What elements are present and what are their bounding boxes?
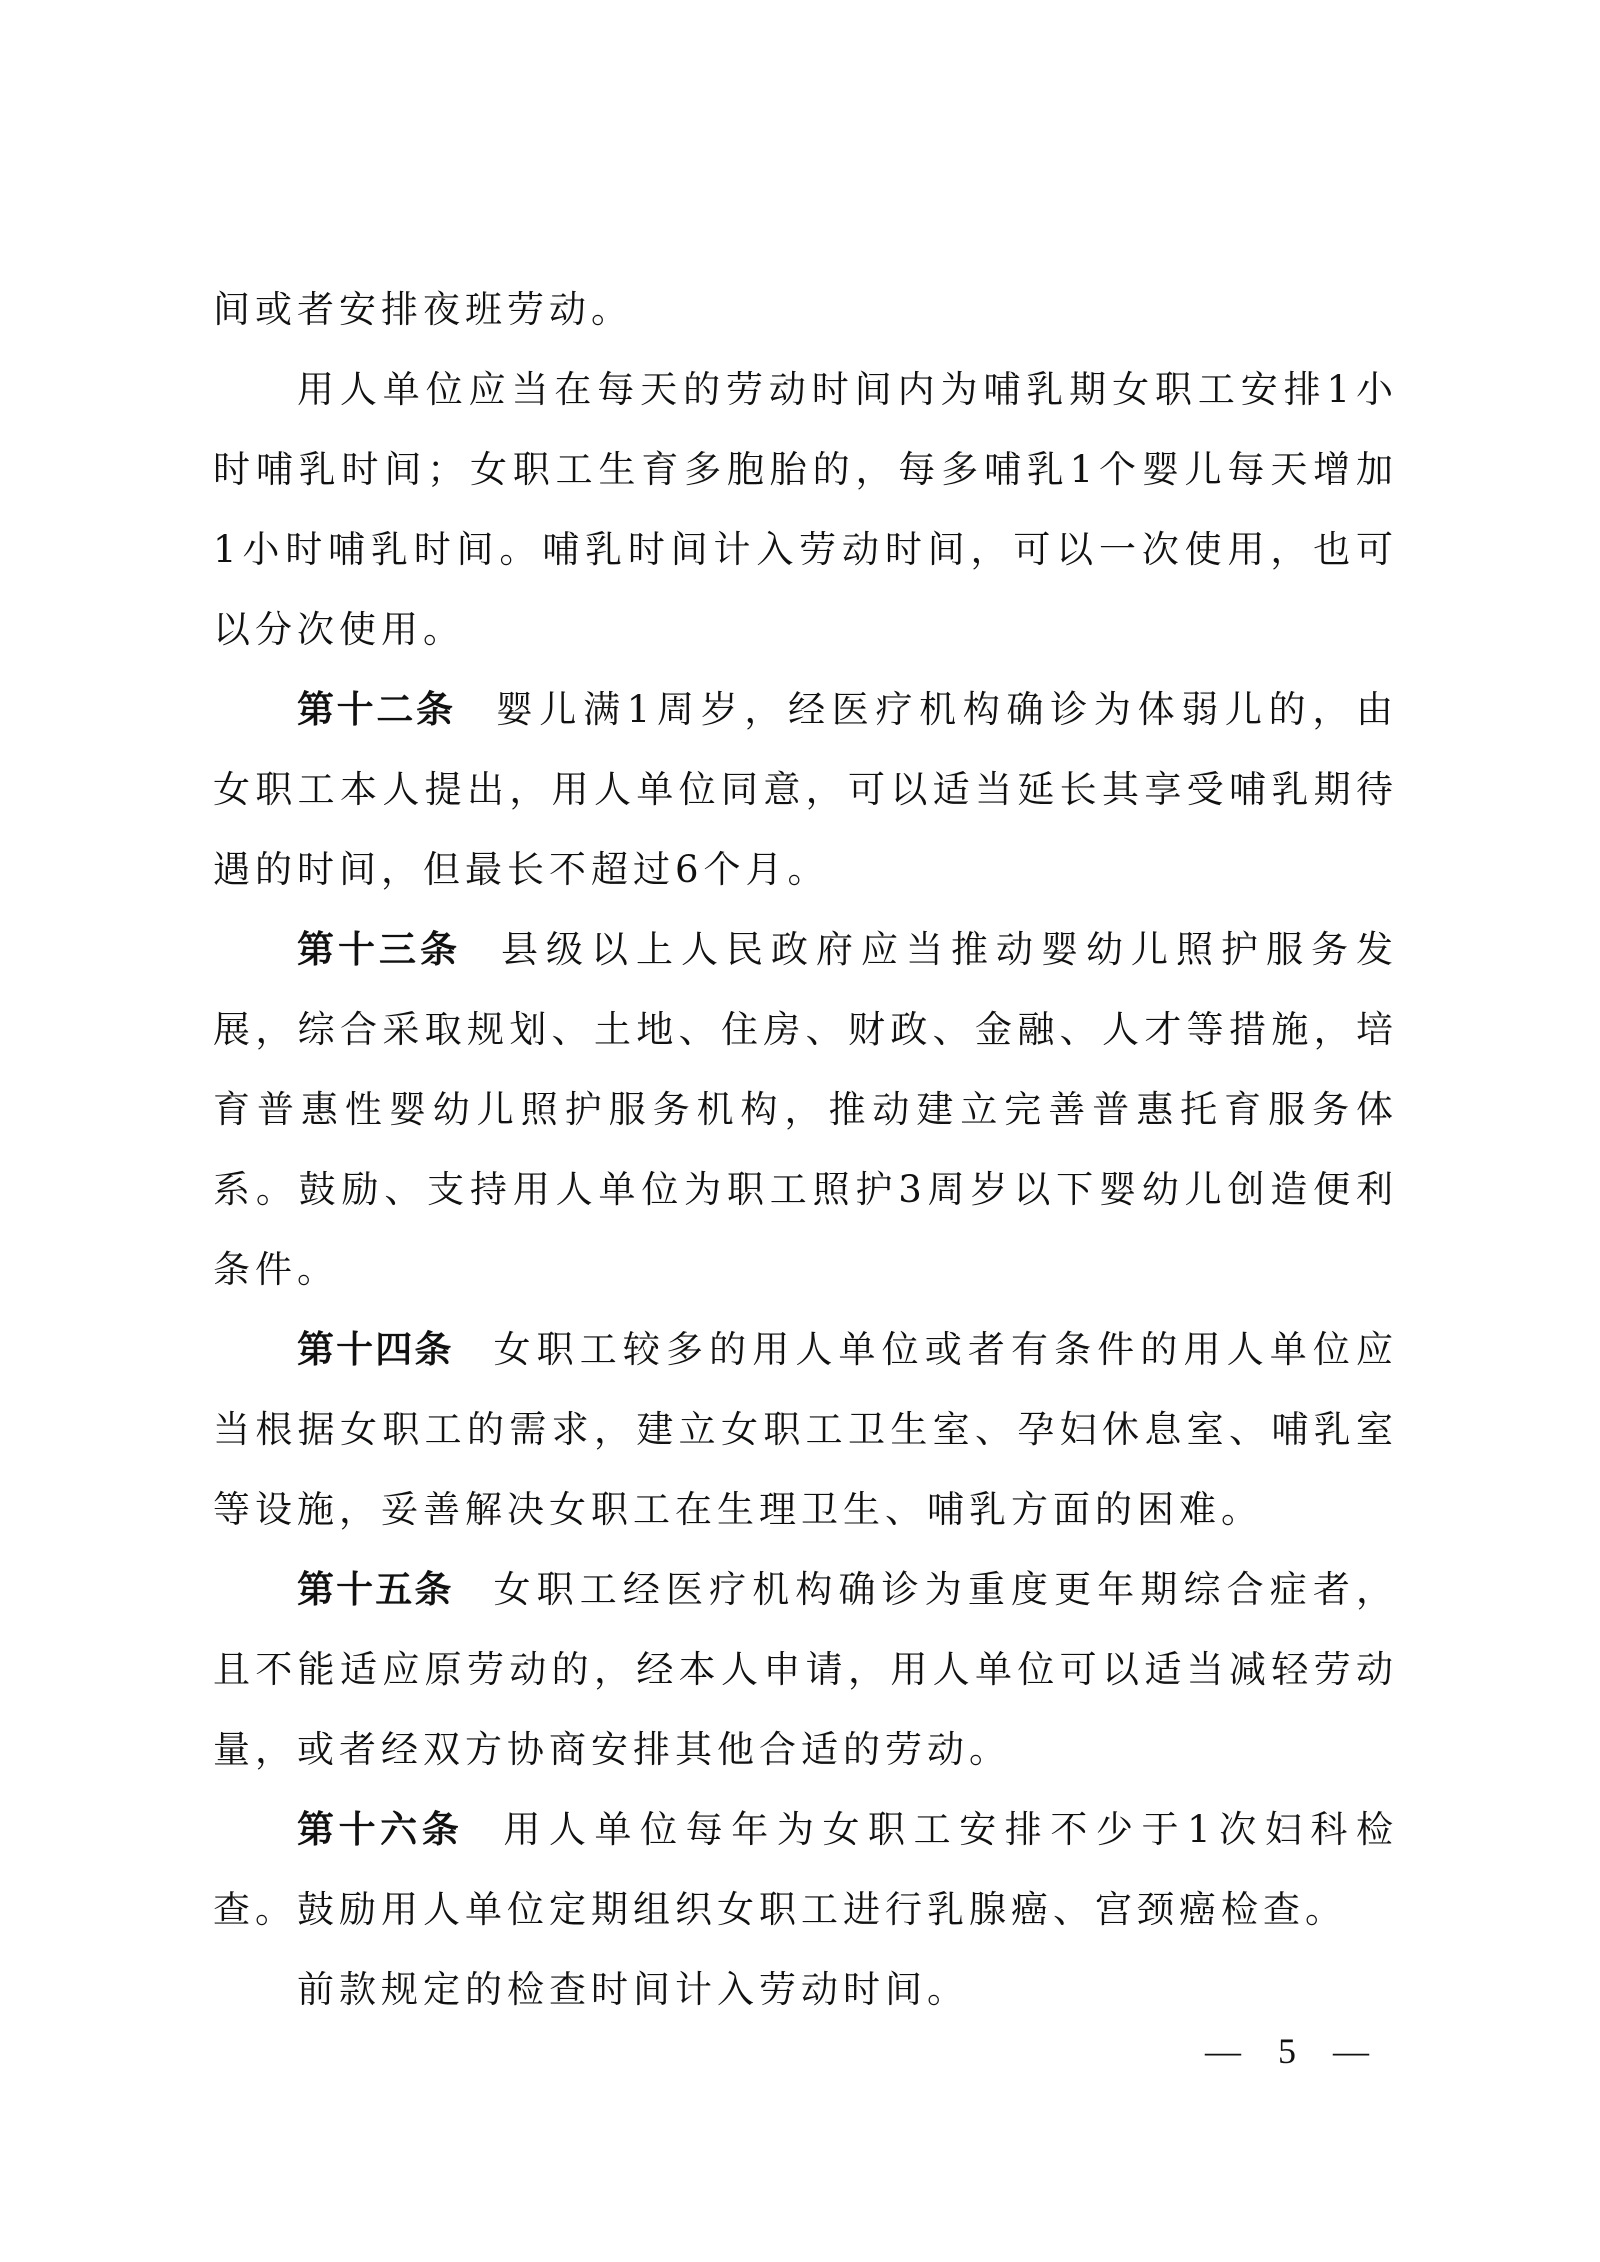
paragraph-text: 前款规定的检查时间计入劳动时间。 bbox=[297, 1968, 969, 2011]
article-16: 第十六条用人单位每年为女职工安排不少于1次妇科检查。鼓励用人单位定期组织女职工进… bbox=[213, 1790, 1398, 1950]
article-heading: 第十四条 bbox=[297, 1328, 454, 1371]
paragraph-nursing-time: 用人单位应当在每天的劳动时间内为哺乳期女职工安排1小时哺乳时间；女职工生育多胞胎… bbox=[213, 350, 1398, 670]
article-13: 第十三条县级以上人民政府应当推动婴幼儿照护服务发展，综合采取规划、土地、住房、财… bbox=[213, 910, 1398, 1310]
paragraph-continuation: 间或者安排夜班劳动。 bbox=[213, 270, 1398, 350]
article-heading: 第十五条 bbox=[297, 1568, 454, 1611]
article-14: 第十四条女职工较多的用人单位或者有条件的用人单位应当根据女职工的需求，建立女职工… bbox=[213, 1310, 1398, 1550]
page-number: — 5 — bbox=[1205, 2030, 1383, 2072]
article-12: 第十二条婴儿满1周岁，经医疗机构确诊为体弱儿的，由女职工本人提出，用人单位同意，… bbox=[213, 670, 1398, 910]
document-body: 间或者安排夜班劳动。 用人单位应当在每天的劳动时间内为哺乳期女职工安排1小时哺乳… bbox=[213, 270, 1398, 2030]
paragraph-text: 用人单位应当在每天的劳动时间内为哺乳期女职工安排1小时哺乳时间；女职工生育多胞胎… bbox=[213, 368, 1398, 651]
paragraph-text: 县级以上人民政府应当推动婴幼儿照护服务发展，综合采取规划、土地、住房、财政、金融… bbox=[213, 928, 1398, 1291]
article-heading: 第十六条 bbox=[297, 1808, 463, 1851]
article-15: 第十五条女职工经医疗机构确诊为重度更年期综合症者，且不能适应原劳动的，经本人申请… bbox=[213, 1550, 1398, 1790]
paragraph-text: 间或者安排夜班劳动。 bbox=[213, 288, 633, 331]
paragraph-exam-time: 前款规定的检查时间计入劳动时间。 bbox=[213, 1950, 1398, 2030]
article-heading: 第十三条 bbox=[297, 928, 461, 971]
article-heading: 第十二条 bbox=[297, 688, 456, 731]
